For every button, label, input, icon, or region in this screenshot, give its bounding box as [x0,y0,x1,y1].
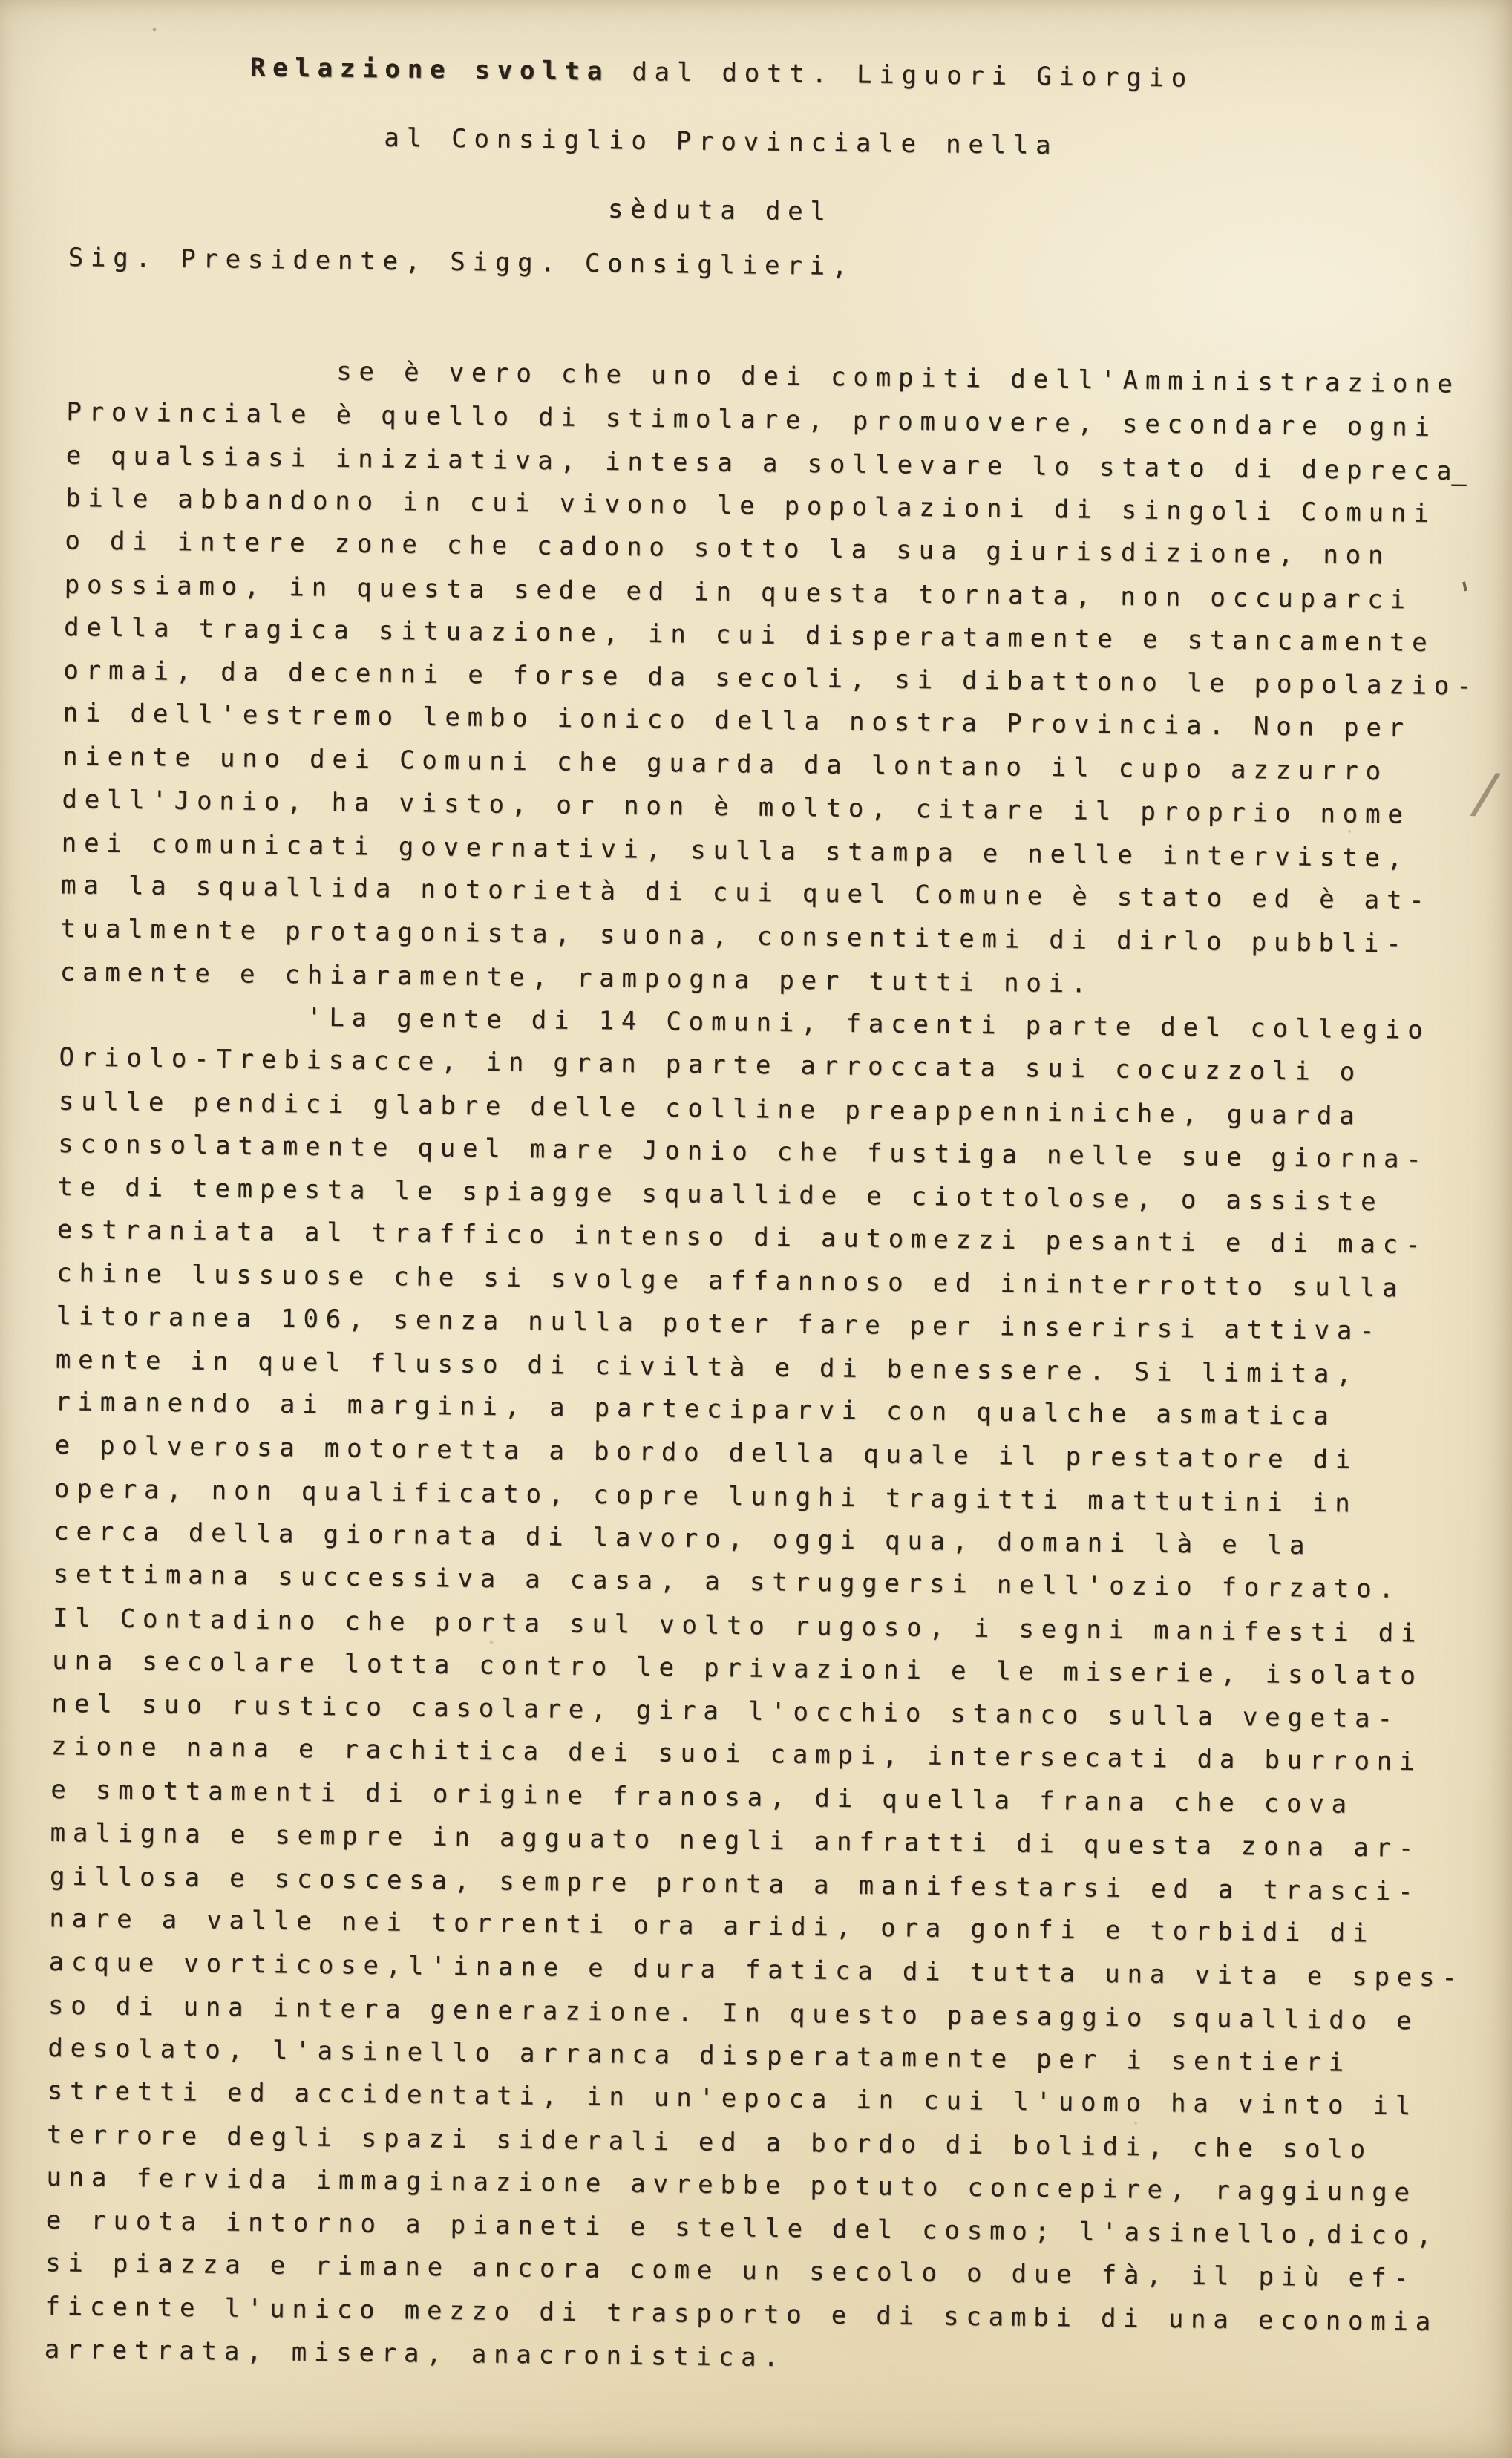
title-line-3: sèduta del [68,182,1483,241]
title-line-1-rest: dal dott. Liguori Giorgio [609,57,1194,94]
title-line-2: al Consiglio Provinciale nella [69,113,1484,172]
title-line-1-bold: Relazione svolta [70,50,609,86]
page: Relazione svolta dal dott. Liguori Giorg… [0,0,1512,2458]
salutation: Sig. Presidente, Sigg. Consiglieri, [68,236,1482,295]
typewritten-text: Relazione svolta dal dott. Liguori Giorg… [44,45,1484,2387]
document-body: se è vero che uno dei compiti dell'Ammin… [44,347,1481,2387]
ink-mark-2: / [1467,765,1505,823]
title-line-1: Relazione svolta dal dott. Liguori Giorg… [70,44,1485,103]
